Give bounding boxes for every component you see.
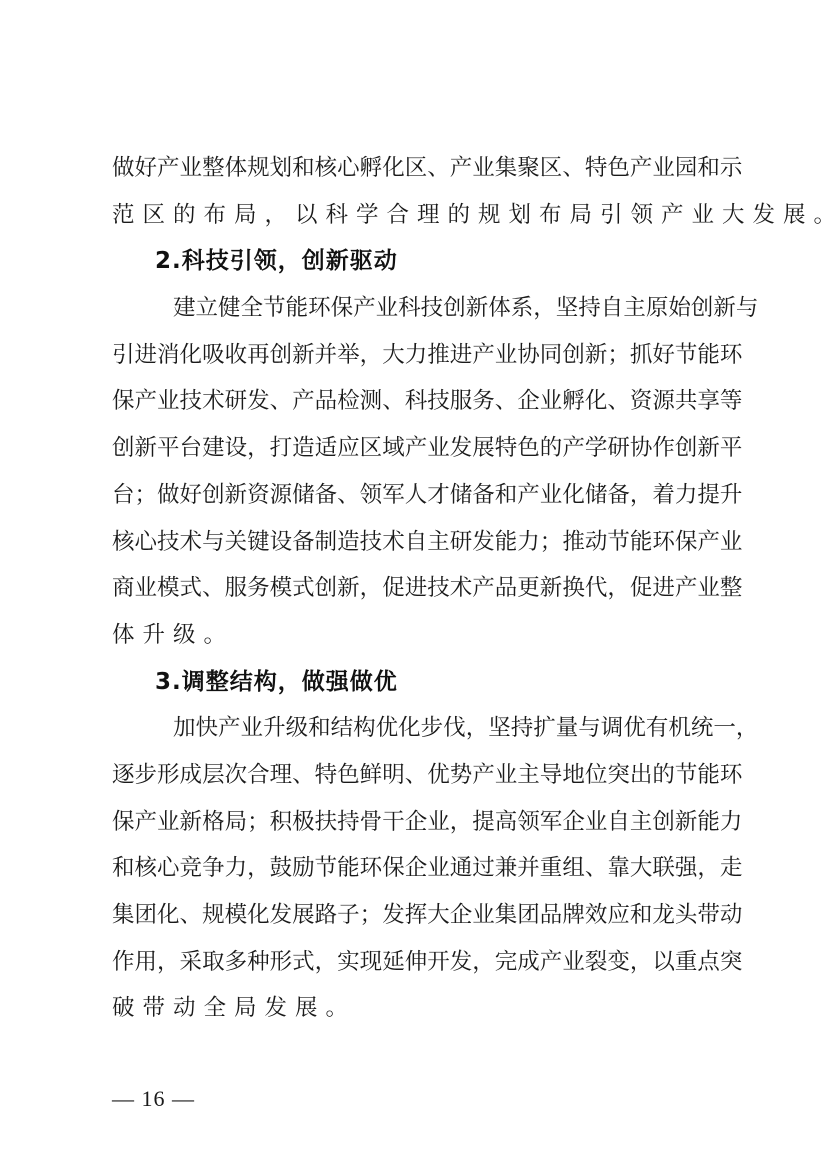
paragraph-line: 加快产业升级和结构优化步伐，坚持扩量与调优有机统一，: [112, 705, 724, 752]
paragraph-line: 保产业新格局；积极扶持骨干企业，提高领军企业自主创新能力: [112, 799, 724, 846]
body-text: 做好产业整体规划和核心孵化区、产业集聚区、特色产业园和示 范区的布局，以科学合理…: [112, 145, 724, 1032]
paragraph-line: 台；做好创新资源储备、领军人才储备和产业化储备，着力提升: [112, 472, 724, 519]
paragraph-line: 范区的布局，以科学合理的规划布局引领产业大发展。: [112, 192, 724, 239]
section-heading-2: 2.科技引领，创新驱动: [112, 238, 724, 285]
paragraph-line: 破带动全局发展。: [112, 985, 724, 1032]
paragraph-line: 和核心竞争力，鼓励节能环保企业通过兼并重组、靠大联强，走: [112, 845, 724, 892]
paragraph-line: 逐步形成层次合理、特色鲜明、优势产业主导地位突出的节能环: [112, 752, 724, 799]
paragraph-line: 核心技术与关键设备制造技术自主研发能力；推动节能环保产业: [112, 519, 724, 566]
paragraph-line: 建立健全节能环保产业科技创新体系，坚持自主原始创新与: [112, 285, 724, 332]
paragraph-line: 保产业技术研发、产品检测、科技服务、企业孵化、资源共享等: [112, 378, 724, 425]
paragraph-line: 做好产业整体规划和核心孵化区、产业集聚区、特色产业园和示: [112, 145, 724, 192]
section-heading-3: 3.调整结构，做强做优: [112, 659, 724, 706]
paragraph-line: 商业模式、服务模式创新，促进技术产品更新换代，促进产业整: [112, 565, 724, 612]
paragraph-line: 作用，采取多种形式，实现延伸开发，完成产业裂变，以重点突: [112, 939, 724, 986]
document-page: 做好产业整体规划和核心孵化区、产业集聚区、特色产业园和示 范区的布局，以科学合理…: [0, 0, 826, 1169]
paragraph-line: 集团化、规模化发展路子；发挥大企业集团品牌效应和龙头带动: [112, 892, 724, 939]
page-number: — 16 —: [112, 1084, 195, 1114]
paragraph-line: 引进消化吸收再创新并举，大力推进产业协同创新；抓好节能环: [112, 332, 724, 379]
paragraph-line: 体升级。: [112, 612, 724, 659]
paragraph-line: 创新平台建设，打造适应区域产业发展特色的产学研协作创新平: [112, 425, 724, 472]
